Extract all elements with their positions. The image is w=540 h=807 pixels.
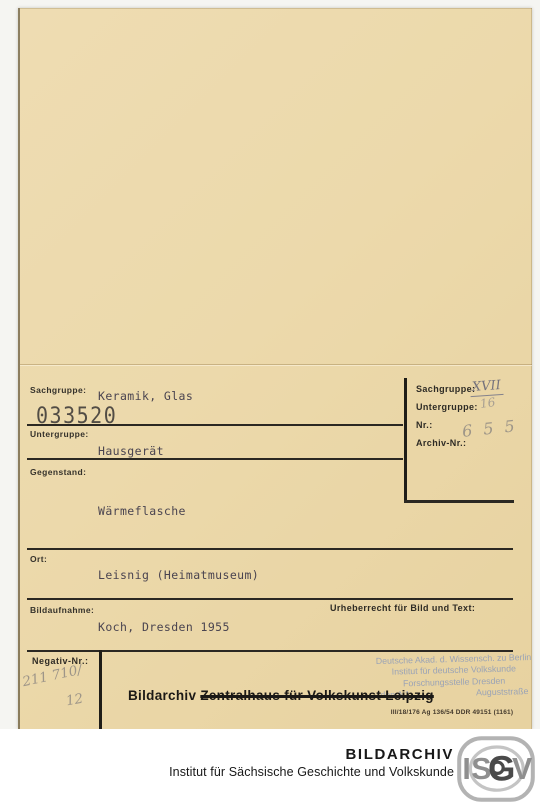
bildarchiv-prefix: Bildarchiv	[128, 688, 200, 703]
footer-archive-title: BILDARCHIV	[169, 746, 454, 763]
bildarchiv-struck-text: Zentralhaus für Volkskunst Leipzig	[200, 688, 433, 703]
ort-value: Leisnig (Heimatmuseum)	[98, 568, 259, 582]
isgv-letter-v: V	[512, 752, 533, 786]
classification-box-bottom-border	[404, 500, 514, 503]
print-code: III/18/176 Ag 136/54 DDR 49151 (1161)	[372, 709, 532, 716]
card-fold-crease	[20, 364, 532, 365]
box-untergruppe-label: Untergruppe:	[416, 402, 478, 412]
untergruppe-value: Hausgerät	[98, 444, 164, 458]
rule-under-number	[27, 424, 403, 426]
box-nr-label: Nr.:	[416, 420, 433, 430]
negativ-nr-value-line2: 12	[65, 691, 85, 710]
box-archiv-nr-value-handwritten: 6 5 5	[461, 416, 518, 441]
ort-label: Ort:	[30, 554, 47, 564]
negativ-box-right-border	[99, 650, 102, 729]
box-sachgruppe-value-handwritten: XVII	[469, 378, 503, 397]
isgv-logo: I S G V	[456, 735, 536, 803]
footer-text-block: BILDARCHIV Institut für Sächsische Gesch…	[169, 746, 454, 779]
gegenstand-value: Wärmeflasche	[98, 504, 186, 518]
box-sachgruppe-label: Sachgruppe:	[416, 384, 475, 394]
isgv-letter-i: I	[462, 752, 470, 786]
stamp-line-4-right: Auguststraße	[476, 686, 529, 699]
urheberrecht-label: Urheberrecht für Bild und Text:	[330, 603, 475, 613]
box-untergruppe-value-handwritten: 16	[479, 395, 496, 411]
classification-box-left-border	[404, 378, 407, 502]
box-archiv-nr-label: Archiv-Nr.:	[416, 438, 466, 448]
footer-institute-name: Institut für Sächsische Geschichte und V…	[169, 765, 454, 779]
bildaufnahme-label: Bildaufnahme:	[30, 605, 94, 615]
gegenstand-label: Gegenstand:	[30, 467, 86, 477]
footer: BILDARCHIV Institut für Sächsische Gesch…	[0, 729, 540, 807]
untergruppe-label: Untergruppe:	[30, 429, 89, 439]
bildaufnahme-value: Koch, Dresden 1955	[98, 620, 230, 634]
bildarchiv-owner-line: Bildarchiv Zentralhaus für Volkskunst Le…	[128, 688, 434, 703]
rule-under-untergruppe	[27, 458, 403, 460]
negativ-nr-value-line1: 211 710/	[21, 662, 83, 690]
rule-under-gegenstand	[27, 548, 513, 550]
sachgruppe-label: Sachgruppe:	[30, 385, 86, 395]
archive-index-card: Sachgruppe: Keramik, Glas 033520 Untergr…	[18, 8, 532, 729]
rule-under-ort	[27, 598, 513, 600]
